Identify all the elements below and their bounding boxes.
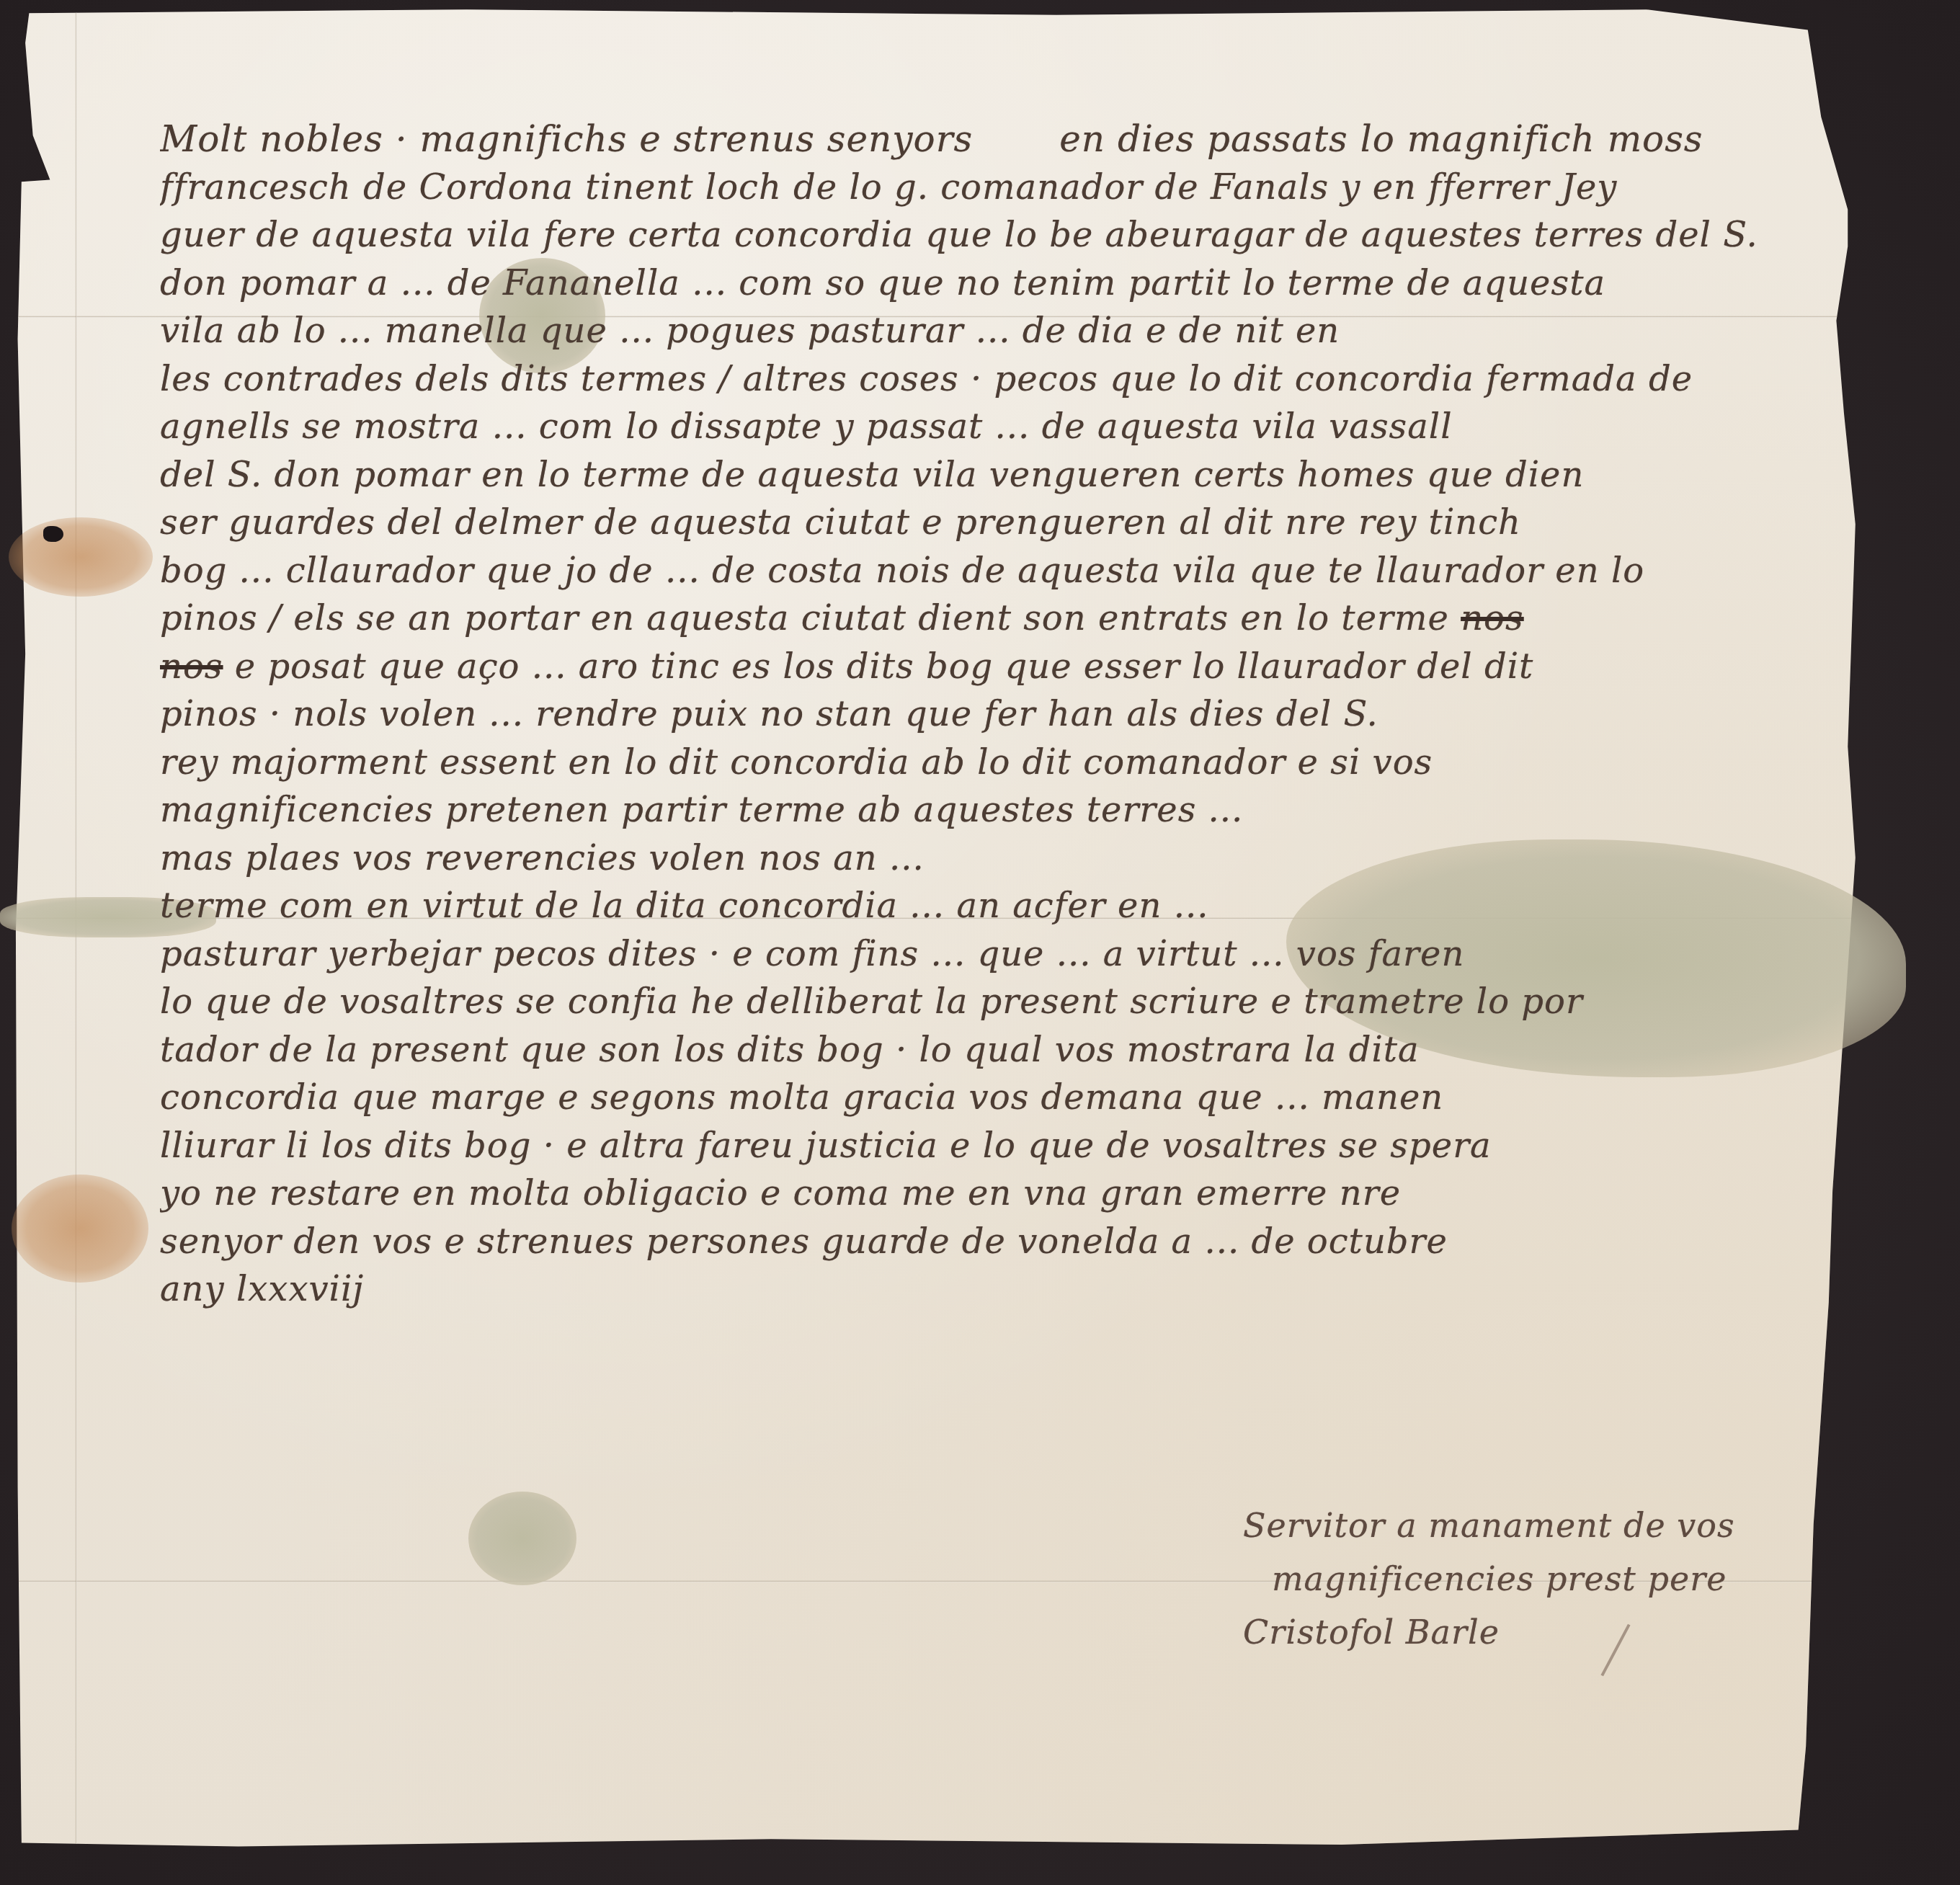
letter-line: guer de aquesta vila fere certa concordi… bbox=[160, 211, 1904, 259]
letter-line: tador de la present que son los dits bog… bbox=[160, 1026, 1904, 1074]
letter-line: nos e posat que aço ... aro tinc es los … bbox=[160, 643, 1904, 691]
letter-line: pinos / els se an portar en aquesta ciut… bbox=[160, 594, 1904, 643]
letter-line: mas plaes vos reverencies volen nos an .… bbox=[160, 834, 1904, 883]
ink-blot bbox=[43, 526, 63, 542]
letter-line: bog ... cllaurador que jo de ... de cost… bbox=[160, 547, 1904, 595]
signature-line: magnificencies prest pere bbox=[1243, 1552, 1877, 1605]
letter-line: les contrades dels dits termes / altres … bbox=[160, 355, 1904, 404]
letter-line: pasturar yerbejar pecos dites · e com fi… bbox=[160, 930, 1904, 979]
letter-line: pinos · nols volen ... rendre puix no st… bbox=[160, 690, 1904, 739]
letter-line: lliurar li los dits bog · e altra fareu … bbox=[160, 1122, 1904, 1170]
struck-word: nos bbox=[1461, 598, 1523, 638]
signature-line: Cristofol Barle bbox=[1243, 1605, 1877, 1659]
signature-line: Servitor a manament de vos bbox=[1243, 1499, 1877, 1552]
letter-line: ffrancesch de Cordona tinent loch de lo … bbox=[160, 164, 1904, 212]
letter-line: terme com en virtut de la dita concordia… bbox=[160, 882, 1904, 930]
letter-line: agnells se mostra ... com lo dissapte y … bbox=[160, 403, 1904, 451]
rust-stain bbox=[9, 517, 153, 597]
letter-line: concordia que marge e segons molta graci… bbox=[160, 1074, 1904, 1122]
letter-line: don pomar a ... de Fananella ... com so … bbox=[160, 259, 1904, 308]
signature-block: Servitor a manament de vos magnificencie… bbox=[1243, 1499, 1877, 1659]
struck-word: nos bbox=[160, 646, 223, 687]
letter-line: magnificencies pretenen partir terme ab … bbox=[160, 786, 1904, 834]
letter-line: Molt nobles · magnifichs e strenus senyo… bbox=[160, 115, 1904, 164]
letter-line: del S. don pomar en lo terme de aquesta … bbox=[160, 451, 1904, 499]
water-stain bbox=[468, 1492, 576, 1585]
letter-body: Molt nobles · magnifichs e strenus senyo… bbox=[160, 115, 1904, 1314]
letter-line: senyor den vos e strenues persones guard… bbox=[160, 1218, 1904, 1266]
letter-line: ser guardes del delmer de aquesta ciutat… bbox=[160, 499, 1904, 547]
rust-stain bbox=[12, 1175, 148, 1283]
letter-line: vila ab lo ... manella que ... pogues pa… bbox=[160, 307, 1904, 355]
letter-line: any lxxxviij bbox=[160, 1265, 1904, 1314]
letter-line: yo ne restare en molta obligacio e coma … bbox=[160, 1169, 1904, 1218]
letter-line: lo que de vosaltres se confia he dellibe… bbox=[160, 978, 1904, 1026]
letter-line: rey majorment essent en lo dit concordia… bbox=[160, 739, 1904, 787]
